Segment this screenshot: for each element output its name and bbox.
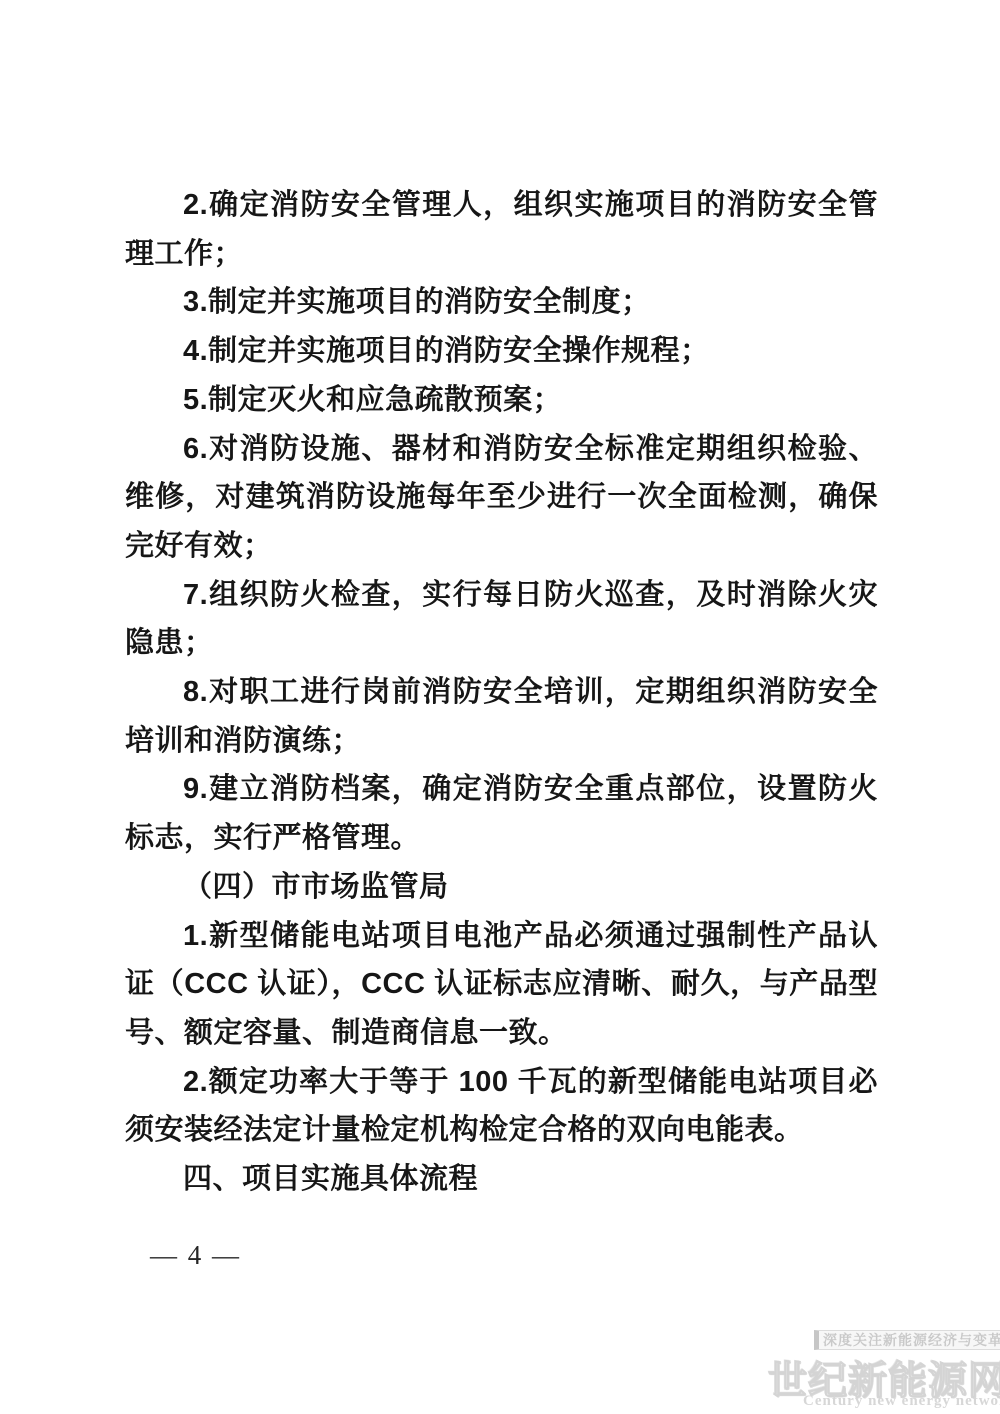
page-number: — 4 — bbox=[150, 1240, 241, 1271]
section-subheading: （四）市市场监管局 bbox=[125, 863, 878, 912]
paragraph: 3.制定并实施项目的消防安全制度； bbox=[125, 278, 878, 327]
paragraph: 6.对消防设施、器材和消防安全标准定期组织检验、维修，对建筑消防设施每年至少进行… bbox=[125, 425, 878, 571]
paragraph: 9.建立消防档案，确定消防安全重点部位，设置防火标志，实行严格管理。 bbox=[125, 765, 878, 862]
paragraph: 5.制定灭火和应急疏散预案； bbox=[125, 376, 878, 425]
document-body: 2.确定消防安全管理人，组织实施项目的消防安全管理工作； 3.制定并实施项目的消… bbox=[125, 181, 878, 1204]
paragraph: 2.确定消防安全管理人，组织实施项目的消防安全管理工作； bbox=[125, 181, 878, 278]
watermark-subtitle-en: Century new energy network bbox=[803, 1393, 1000, 1410]
watermark-slogan: 深度关注新能源经济与变革 bbox=[814, 1330, 1000, 1350]
paragraph: 8.对职工进行岗前消防安全培训，定期组织消防安全培训和消防演练； bbox=[125, 668, 878, 765]
section-heading: 四、项目实施具体流程 bbox=[125, 1155, 878, 1204]
paragraph: 7.组织防火检查，实行每日防火巡查，及时消除火灾隐患； bbox=[125, 571, 878, 668]
paragraph: 2.额定功率大于等于 100 千瓦的新型储能电站项目必须安装经法定计量检定机构检… bbox=[125, 1058, 878, 1155]
paragraph: 4.制定并实施项目的消防安全操作规程； bbox=[125, 327, 878, 376]
paragraph: 1.新型储能电站项目电池产品必须通过强制性产品认证（CCC 认证），CCC 认证… bbox=[125, 912, 878, 1058]
document-page: 2.确定消防安全管理人，组织实施项目的消防安全管理工作； 3.制定并实施项目的消… bbox=[0, 0, 1000, 1414]
